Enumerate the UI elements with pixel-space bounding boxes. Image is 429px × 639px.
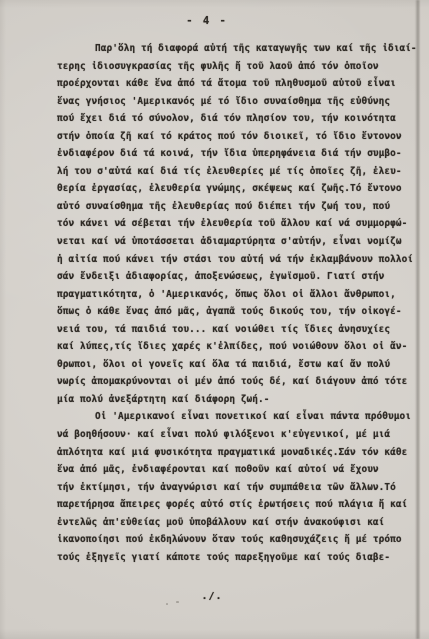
- paper-speck: [176, 601, 179, 603]
- text-line: παρετήρησα ἄπειρες φορές αὐτό στίς ἐρωτή…: [57, 496, 402, 514]
- text-line: τόν κάνει νά σέβεται τήν ἐλευθερία τοῦ ἄ…: [57, 215, 402, 233]
- text-line: σάν ἔνδειξι ἀδιαφορίας, ἀποξενώσεως, ἐγω…: [57, 268, 402, 286]
- paper-speck: [166, 603, 168, 605]
- text-line: τερης ἰδιοσυγκρασίας τῆς φυλῆς ἤ τοῦ λαο…: [57, 58, 402, 76]
- text-line: νωρίς ἀπομακρύνονται οἱ μέν ἀπό τούς δέ,…: [57, 373, 402, 391]
- text-line: Παρ'ὅλη τή διαφορά αὐτή τῆς καταγωγῆς τω…: [57, 40, 402, 58]
- text-line: ἱκανοποίησι πού ἐκδηλώνουν ὅταν τούς καθ…: [57, 531, 402, 549]
- text-line: τήν ἐκτίμησι, τήν ἀναγνώρισι καί τήν συμ…: [57, 479, 402, 497]
- paragraph: Παρ'ὅλη τή διαφορά αὐτή τῆς καταγωγῆς τω…: [57, 40, 402, 408]
- scan-edge-margin: [420, 0, 429, 639]
- paragraph: Οἱ 'Αμερικανοί εἶναι πονετικοί καί εἶναι…: [57, 408, 402, 566]
- page-number: - 4 -: [0, 15, 414, 27]
- text-line: νά βοηθήσουν· καί εἶναι πολύ φιλόξενοι κ…: [57, 426, 402, 444]
- text-line: καί λύπες,τίς ἴδιες χαρές κ'ἐλπίδες, πού…: [57, 338, 402, 356]
- text-line: ἡ αἰτία πού κάνει τήν στάσι του αὐτή νά …: [57, 251, 402, 269]
- text-line: θερία ἐργασίας, ἐλευθερία γνώμης, σκέψεω…: [57, 180, 402, 198]
- text-line: προέρχονται κάθε ἕνα ἀπό τά ἄτομα τοῦ πλ…: [57, 75, 402, 93]
- text-line: τούς ἐξηγεῖς γιατί κάποτε τούς παρεξηγοῦ…: [57, 549, 402, 567]
- text-line: ὅπως ὁ κάθε ἕνας ἀπό μᾶς, ἀγαπᾶ τούς δικ…: [57, 303, 402, 321]
- text-line: ἐνδιαφέρον διά τά κοινά, τήν ἴδια ὑπερηφ…: [57, 145, 402, 163]
- text-line: πραγματικότητα, ὁ 'Αμερικανός, ὅπως ὅλοι…: [57, 286, 402, 304]
- page-continuation-mark: ./.: [0, 591, 424, 602]
- text-line: Οἱ 'Αμερικανοί εἶναι πονετικοί καί εἶναι…: [57, 408, 402, 426]
- text-line: λή του σ'αὐτά καί διά τίς ἐλευθερίες μέ …: [57, 163, 402, 181]
- text-line: θρωποι, ὅλοι οἱ γονεῖς καί ὅλα τά παιδιά…: [57, 356, 402, 374]
- text-line: ἐντελῶς ἀπ'εὐθείας μοῦ ὑποβάλλουν καί στ…: [57, 514, 402, 532]
- text-line: μία πολύ ἀνεξάρτητη καί διάφορη ζωή.-: [57, 391, 402, 409]
- document-body: Παρ'ὅλη τή διαφορά αὐτή τῆς καταγωγῆς τω…: [57, 40, 402, 566]
- text-line: πού ἔχει διά τό σύνολον, διά τόν πλησίον…: [57, 110, 402, 128]
- text-line: αὐτό συναίσθημα τῆς ἐλευθερίας πού διέπε…: [57, 198, 402, 216]
- text-line: ἕνας γνήσιος 'Αμερικανός μέ τό ἴδιο συνα…: [57, 93, 402, 111]
- text-line: στήν ὁποία ζῆ καί τό κράτος πού τόν διοι…: [57, 128, 402, 146]
- text-line: νεται καί νά ὑποτάσσεται ἀδιαμαρτύρητα σ…: [57, 233, 402, 251]
- scanned-page: - 4 - Παρ'ὅλη τή διαφορά αὐτή τῆς καταγω…: [0, 0, 429, 639]
- text-line: ἁπλότητα καί μιά φυσικότητα πραγματικά μ…: [57, 444, 402, 462]
- text-line: νειά του, τά παιδιά του... καί νοιώθει τ…: [57, 321, 402, 339]
- text-line: ἕνα ἀπό μᾶς, ἐνδιαφέρονται καί ποθοῦν κα…: [57, 461, 402, 479]
